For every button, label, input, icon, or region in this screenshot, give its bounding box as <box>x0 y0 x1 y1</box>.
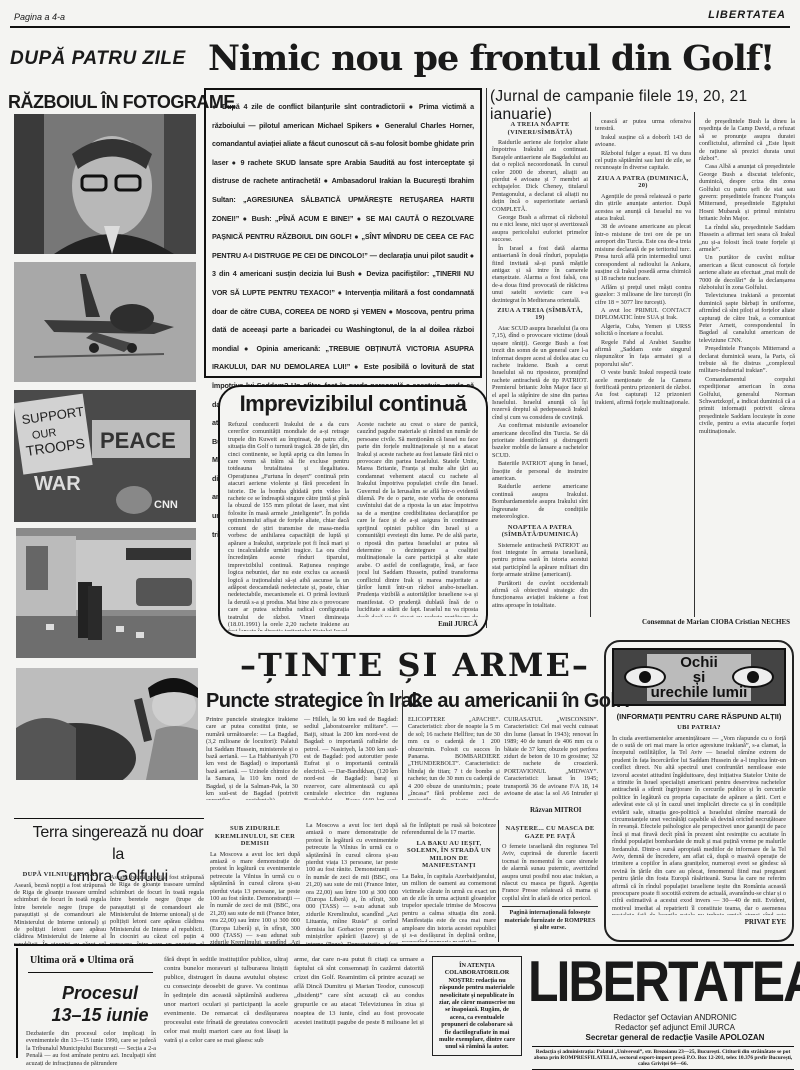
paragraph: Regele Fahd al Arabiei Saudite afirmă „S… <box>595 339 691 369</box>
column-divider <box>694 112 695 617</box>
imprevizibilul-column-2: Aceste rachete au creat o stare de panic… <box>357 421 478 617</box>
imprint-text: Redacția și administrația: Palatul „Univ… <box>532 1049 794 1068</box>
masthead-logo: LIBERTATEA <box>528 948 800 1015</box>
paragraph: Agențiile de presă relatează o parte din… <box>595 193 691 223</box>
protest-image-icon: SUPPORT OUR TROOPS PEACE WAR CNN <box>14 390 196 522</box>
subhead: A TREIA NOAPTE (VINERI/SÎMBĂTĂ) <box>492 121 588 136</box>
paragraph: 38 de avioane americane au plecat într-o… <box>595 223 691 282</box>
news-bulletin-box: ● După 4 zile de conflict bilanțurile sî… <box>204 88 482 378</box>
procesul-column-2: fără drept în sediile instituțiilor publ… <box>164 955 288 1065</box>
photo-protest: SUPPORT OUR TROOPS PEACE WAR CNN <box>14 390 196 522</box>
paragraph: Bateriile PATRIOT ajung în Israel, însoț… <box>492 460 588 482</box>
photo-portrait <box>14 114 196 254</box>
column-divider <box>498 820 499 942</box>
jurnal-column-1: A TREIA NOAPTE (VINERI/SÎMBĂTĂ) Raiduril… <box>492 118 588 610</box>
kicker: DUPĂ PATRU ZILE <box>10 48 186 70</box>
procesul-column-3: arme, dar care n-au putut fi citați ca u… <box>294 955 424 1025</box>
svg-text:WAR: WAR <box>34 473 81 495</box>
photos-section-title: RĂZBOIUL ÎN FOTOGRAME <box>8 92 235 113</box>
paragraph: Un purtător de cuvînt militar american a… <box>699 254 795 291</box>
procesul-column-1: Dezbaterile din procesul celor implicați… <box>26 1030 156 1066</box>
paragraph: În Israel a fost dată alarma antiaeriană… <box>492 245 588 304</box>
puncte-column-1: Printre punctele strategice irakiene car… <box>206 716 298 800</box>
column-divider <box>590 112 591 617</box>
photo-damaged-building <box>16 528 196 658</box>
page-number: Pagina a 4-a <box>14 12 65 22</box>
terra-column-1b: Aseară, beznă nopții a fost străpunsă de… <box>110 874 204 946</box>
paragraph: George Bush a afirmat că războiul nu e n… <box>492 214 588 244</box>
collaborators-notice: ÎN ATENȚIA COLABORATORILOR NOȘTRI: redac… <box>432 956 522 1056</box>
imprevizibilul-byline: Emil JURCĂ <box>357 620 478 628</box>
masthead-staff: Redactor șef Octavian ANDRONIC Redactor … <box>560 1013 790 1043</box>
terra-column-2: SUB ZIDURILE KREMLINULUI, SE CER DEMISII… <box>210 822 300 944</box>
paragraph: Algeria, Cuba, Yemen și URSS solicită o … <box>595 323 691 338</box>
ochii-subhead: UBI PATRIA? <box>612 724 786 732</box>
puncte-column-2: — Hilleh, la 90 km sud de Bagdad: sediul… <box>304 716 398 800</box>
imprevizibilul-article: Imprevizibilul continuă Refuzul conducer… <box>218 385 488 637</box>
paragraph: de președintele Bush la dineu la reședin… <box>699 118 795 162</box>
paragraph: Casa Albă a anunțat că președintele Geor… <box>699 163 795 222</box>
terra-column-2b: La Moscova a avut loc ieri după amiază o… <box>306 822 398 944</box>
terra-column-3: să fie înfăptuit pe rusă să boicoteze re… <box>402 822 496 942</box>
general-secretary: Secretar general de redacție Vasile APOL… <box>560 1033 790 1043</box>
svg-text:PEACE: PEACE <box>100 428 176 453</box>
paragraph: Purtătorii de cuvînt occidentali afirmă … <box>492 580 588 610</box>
paragraph: O veste bună: Irakul respectă toate acel… <box>595 369 691 406</box>
paragraph: Atac SCUD asupra Israelului (la ora 7,15… <box>492 325 588 421</box>
tinte-si-arme-banner: –ȚINTE ȘI ARME– <box>240 646 590 684</box>
building-image-icon <box>16 528 196 658</box>
bottom-rule <box>14 944 794 946</box>
jet-image-icon <box>14 262 196 382</box>
terra-column-4: NAȘTERE... CU MASCA DE GAZE PE FAȚĂ O fe… <box>502 822 598 942</box>
ultima-ora-label: Ultima oră ● Ultima oră <box>30 955 134 966</box>
procesul-title: Procesul 13–15 iunie <box>40 982 160 1026</box>
photo-fighter-jet <box>14 262 196 382</box>
paragraph: Comandamentul corpului expediționar amer… <box>699 376 795 435</box>
imprevizibilul-title: Imprevizibilul continuă <box>228 391 478 417</box>
ochii-body: În ciuda avertismentelor amenințătoare —… <box>612 735 786 915</box>
paragraph: Au confirmat misiunile avioanelor americ… <box>492 422 588 459</box>
puncte-strategice-title: Puncte strategice în Irak <box>206 690 422 713</box>
ochii-banner: Ochii și urechile lumii <box>612 648 786 706</box>
column-divider <box>402 690 403 800</box>
paragraph: Sistemele antirachetă PATRIOT au fost in… <box>492 542 588 579</box>
svg-text:CNN: CNN <box>154 499 178 511</box>
subhead: ZIUA A TREIA (SÎMBĂTĂ, 19) <box>492 307 588 322</box>
ochii-subtitle: (INFORMAȚII PENTRU CARE RĂSPUND ALȚII) <box>612 712 786 721</box>
americani-column-1: ELICOPTERE „APACHE”. Caracteristici: zbo… <box>408 716 500 800</box>
americani-byline: Răzvan MITROI <box>530 806 582 814</box>
imprevizibilul-column-1: Refuzul conducerii Irakului de a da curs… <box>228 421 349 631</box>
paragraph: Războiul fulger a eșuat. El va dura cel … <box>595 150 691 172</box>
subhead: NOAPTEA A PATRA (SÎMBĂTĂ/DUMINICĂ) <box>492 524 588 539</box>
americani-column-2: CUIRASATUL „WISCONSIN”. Caracteristici: … <box>504 716 598 796</box>
paragraph: A avut loc PRIMUL CONTACT DIPLOMATIC înt… <box>595 307 691 322</box>
terra-column-1: DUPĂ VILNIUS, RIGA! Aseară, beznă nopții… <box>14 868 106 946</box>
masthead-small: LIBERTATEA <box>708 9 786 21</box>
editor-in-chief: Redactor șef Octavian ANDRONIC <box>560 1013 790 1023</box>
deputy-editor: Redactor șef adjunct Emil JURCA <box>560 1023 790 1033</box>
americani-title: Ce au americanii în Golf? <box>408 690 633 713</box>
subhead: ZIUA A PATRA (DUMINICĂ, 20) <box>595 175 691 190</box>
ochii-byline: PRIVAT EYE <box>612 918 786 926</box>
photo-saddam-crowd <box>16 668 198 780</box>
eye-icon <box>624 666 666 688</box>
paragraph: Televiziunea irakiană a prezentat dumini… <box>699 292 795 344</box>
paragraph: Raidurile aeriene ale forțelor aliate îm… <box>492 139 588 213</box>
portrait-image-icon <box>14 114 196 254</box>
paragraph: Irakul susține că a doborît 143 de avioa… <box>595 134 691 149</box>
eye-icon <box>732 666 774 688</box>
jurnal-byline: Consemnat de Marian CIOBA Cristian NECHE… <box>600 618 790 626</box>
header-rule <box>10 26 790 28</box>
paragraph: Președintele François Mitterrand a decla… <box>699 345 795 375</box>
crowd-image-icon <box>16 668 198 780</box>
jurnal-column-2: cească ar putea urma ofensiva terestră. … <box>595 118 691 407</box>
paragraph: La rîndul său, președintele Saddam Husse… <box>699 224 795 254</box>
main-headline: Nimic nou pe frontul din Golf! <box>208 38 774 79</box>
jurnal-column-3: de președintele Bush la dineu la reședin… <box>699 118 795 436</box>
rule <box>28 972 153 973</box>
paragraph: Aflăm și prețul unei măști contra gazelo… <box>595 284 691 306</box>
masthead-imprint: Redacția și administrația: Palatul „Univ… <box>532 1046 794 1070</box>
rule <box>14 818 204 819</box>
ochii-si-urechile-box: Ochii și urechile lumii (INFORMAȚII PENT… <box>604 640 794 942</box>
paragraph: cească ar putea urma ofensiva terestră. <box>595 118 691 133</box>
paragraph: Raidurile aeriene americane continuă asu… <box>492 483 588 520</box>
